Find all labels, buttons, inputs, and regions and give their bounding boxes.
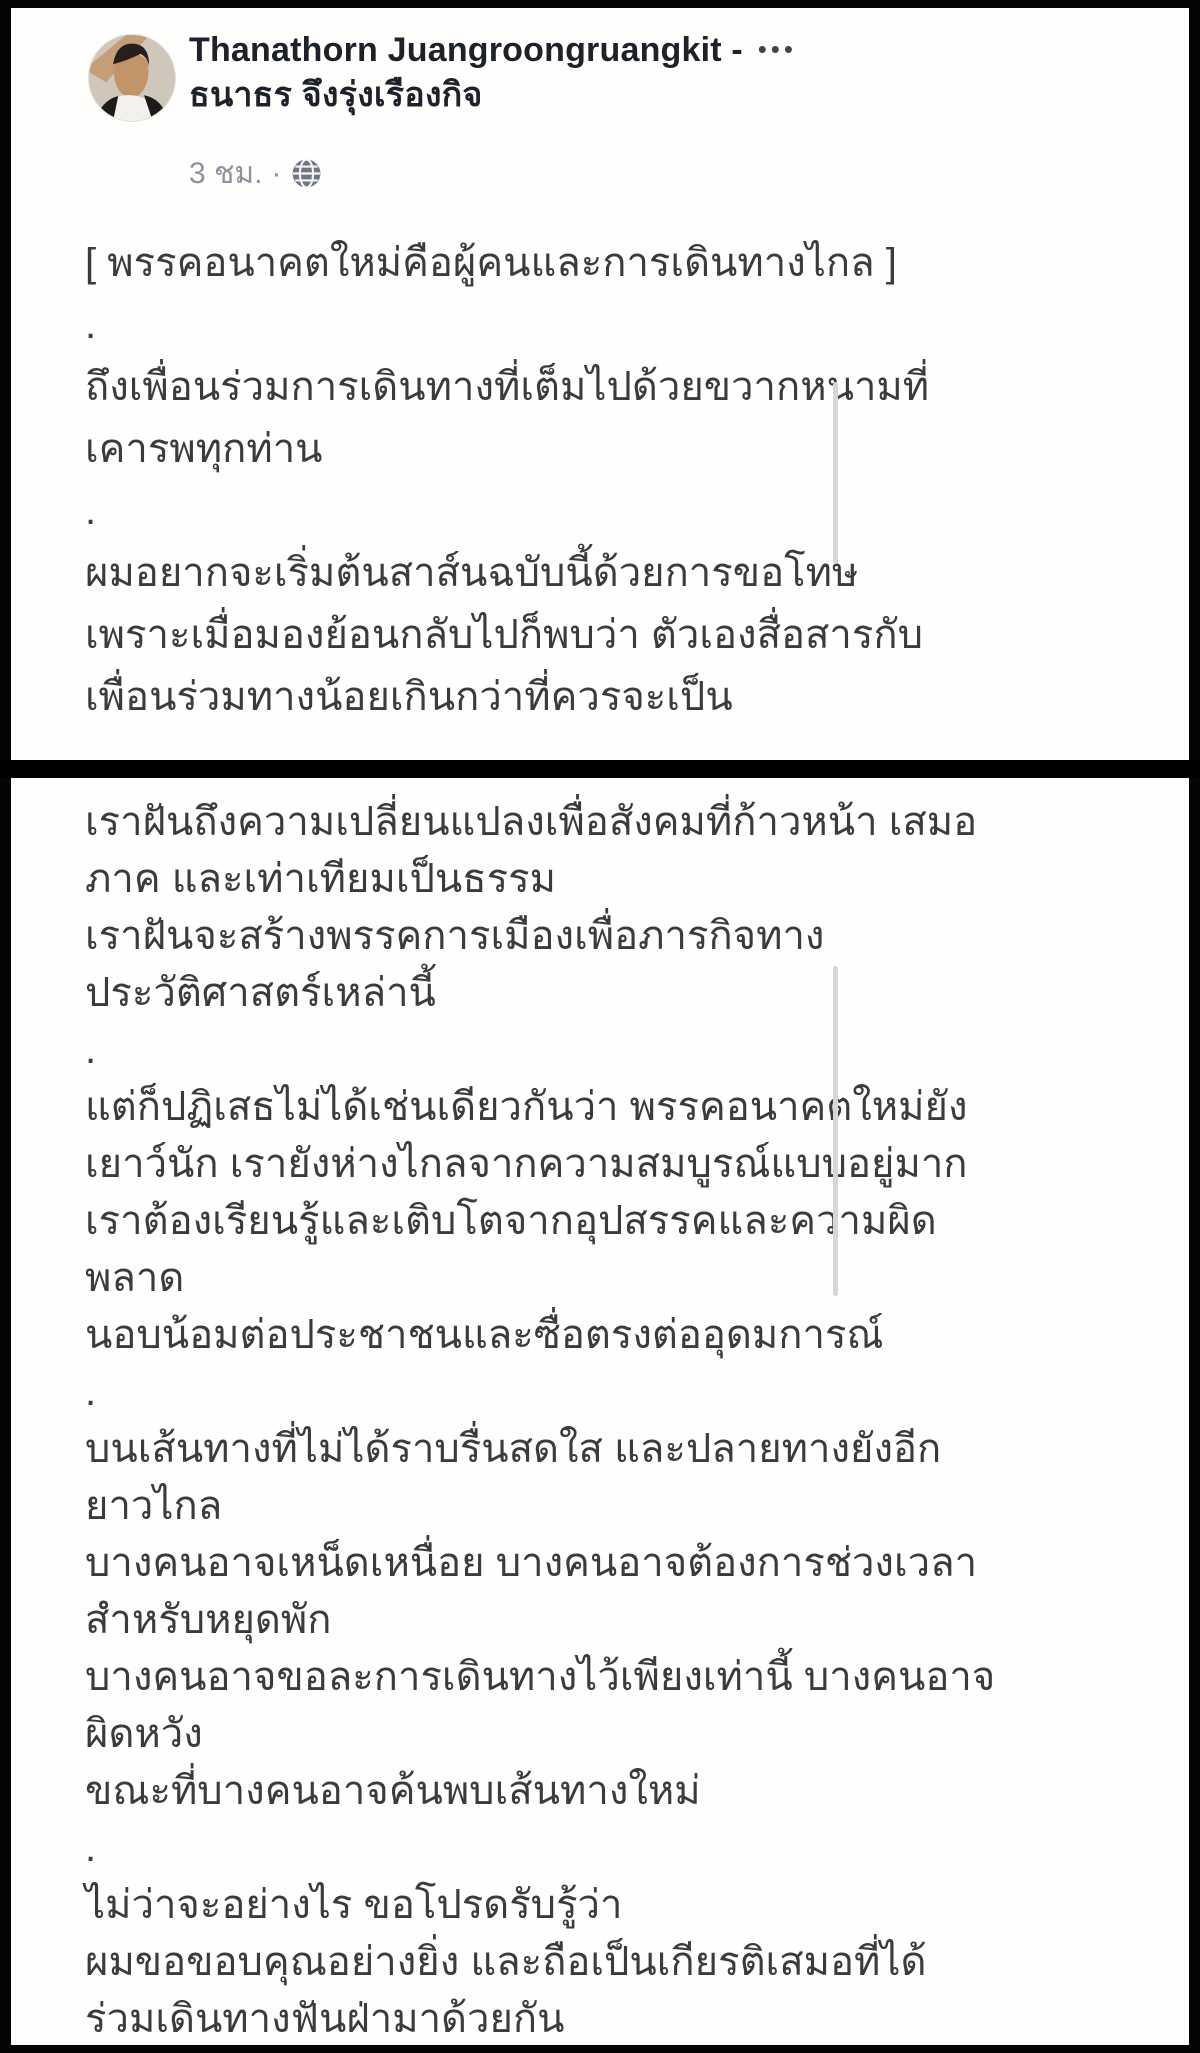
author-block[interactable]: Thanathorn Juangroongruangkit - ธนาธร จึ… <box>189 28 743 118</box>
post-text-line: ขณะที่บางคนอาจค้นพบเส้นทางใหม่ <box>85 1763 1179 1820</box>
more-options-button[interactable]: ••• <box>758 36 797 62</box>
author-name-thai[interactable]: ธนาธร จึงรุ่งเรืองกิจ <box>189 73 743 118</box>
post-panel-bottom: เราฝันถึงความเปลี่ยนแปลงเพื่อสังคมที่ก้า… <box>11 778 1189 2045</box>
post-text-line: สำหรับหยุดพัก <box>85 1592 1179 1649</box>
post-text-line: . <box>85 1022 1179 1079</box>
post-text-line: . <box>85 294 1179 356</box>
post-text-line: เราฝันถึงความเปลี่ยนแปลงเพื่อสังคมที่ก้า… <box>85 794 1179 851</box>
post-text-top: [ พรรคอนาคตใหม่คือผู้คนและการเดินทางไกล … <box>85 232 1179 728</box>
post-header: Thanathorn Juangroongruangkit - ธนาธร จึ… <box>85 26 1169 206</box>
post-text-line: ผมขอขอบคุณอย่างยิ่ง และถือเป็นเกียรติเสม… <box>85 1934 1179 1991</box>
post-text-line: ร่วมเดินทางฟันฝ่ามาด้วยกัน <box>85 1991 1179 2048</box>
post-text-line: เยาว์นัก เรายังห่างไกลจากความสมบูรณ์แบบอ… <box>85 1136 1179 1193</box>
post-text-bottom: เราฝันถึงความเปลี่ยนแปลงเพื่อสังคมที่ก้า… <box>85 794 1179 2048</box>
post-text-line: ประวัติศาสตร์เหล่านี้ <box>85 965 1179 1022</box>
post-text-line: ผมอยากจะเริ่มต้นสาส์นฉบับนี้ด้วยการขอโทษ <box>85 542 1179 604</box>
post-text-line: ถึงเพื่อนร่วมการเดินทางที่เต็มไปด้วยขวาก… <box>85 356 1179 418</box>
post-text-line: บางคนอาจขอละการเดินทางไว้เพียงเท่านี้ บา… <box>85 1649 1179 1706</box>
author-name[interactable]: Thanathorn Juangroongruangkit - <box>189 28 743 73</box>
post-text-line: ผิดหวัง <box>85 1706 1179 1763</box>
panel-divider <box>0 760 1200 778</box>
scrollbar-thumb-top[interactable] <box>833 382 838 564</box>
post-panel-top: Thanathorn Juangroongruangkit - ธนาธร จึ… <box>11 8 1189 760</box>
post-text-line: [ พรรคอนาคตใหม่คือผู้คนและการเดินทางไกล … <box>85 232 1179 294</box>
post-text-line: . <box>85 1820 1179 1877</box>
post-text-line: . <box>85 1364 1179 1421</box>
post-text-line: เราฝันจะสร้างพรรคการเมืองเพื่อภารกิจทาง <box>85 908 1179 965</box>
timestamp[interactable]: 3 ชม. <box>189 150 263 197</box>
post-text-line: เพื่อนร่วมทางน้อยเกินกว่าที่ควรจะเป็น <box>85 666 1179 728</box>
post-text-line: แต่ก็ปฏิเสธไม่ได้เช่นเดียวกันว่า พรรคอนา… <box>85 1079 1179 1136</box>
post-text-line: ภาค และเท่าเทียมเป็นธรรม <box>85 851 1179 908</box>
post-text-line: บนเส้นทางที่ไม่ได้ราบรื่นสดใส และปลายทาง… <box>85 1421 1179 1478</box>
post-text-line: เพราะเมื่อมองย้อนกลับไปก็พบว่า ตัวเองสื่… <box>85 604 1179 666</box>
post-text-line: เราต้องเรียนรู้และเติบโตจากอุปสรรคและควา… <box>85 1193 1179 1250</box>
avatar-photo <box>89 35 175 121</box>
post-text-line: ยาวไกล <box>85 1478 1179 1535</box>
post-meta: 3 ชม. · <box>189 150 322 197</box>
post-text-line: บางคนอาจเหน็ดเหนื่อย บางคนอาจต้องการช่วง… <box>85 1535 1179 1592</box>
post-text-line: นอบน้อมต่อประชาชนและซื่อตรงต่ออุดมการณ์ <box>85 1307 1179 1364</box>
scrollbar-thumb-bottom[interactable] <box>833 966 838 1296</box>
screenshot-collage: Thanathorn Juangroongruangkit - ธนาธร จึ… <box>0 0 1200 2053</box>
profile-avatar[interactable] <box>88 34 176 122</box>
post-text-line: . <box>85 480 1179 542</box>
globe-icon <box>291 158 322 189</box>
post-text-line: ไม่ว่าจะอย่างไร ขอโปรดรับรู้ว่า <box>85 1877 1179 1934</box>
meta-separator: · <box>272 157 282 191</box>
post-text-line: พลาด <box>85 1250 1179 1307</box>
post-text-line: เคารพทุกท่าน <box>85 418 1179 480</box>
